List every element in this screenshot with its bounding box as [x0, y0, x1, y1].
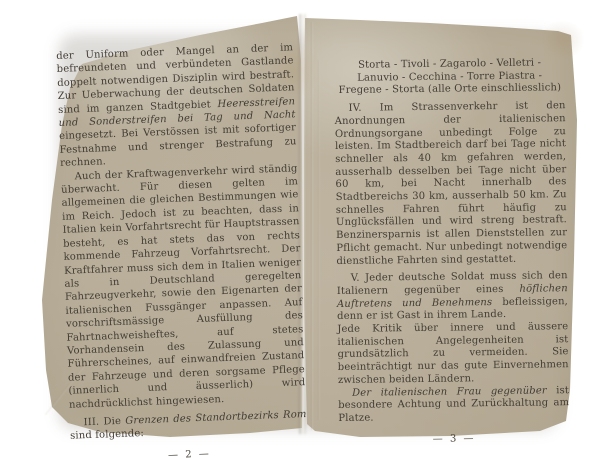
body-text: Jede Kritik über innere und äussere ital…	[337, 321, 569, 386]
body-text: IV. Im Strassenverkehr ist den Anordnung…	[335, 100, 568, 266]
paragraph: Fregene - Storta (alle Orte einschliessl…	[334, 83, 565, 99]
body-text: Storta - Tivoli - Zagarolo - Velletri -	[358, 57, 541, 70]
emphasized-text: Der italienischen Frau gegenüber	[352, 385, 547, 398]
paragraph: III. Die Grenzen des Standortbezirks Rom…	[69, 408, 307, 443]
paragraph: Auch der Kraftwagenverkehr wird ständig …	[60, 162, 306, 412]
page-3-text: Storta - Tivoli - Zagarolo - Velletri -L…	[334, 57, 570, 447]
body-text: Fregene - Storta (alle Orte einschliessl…	[339, 83, 562, 97]
fold-crease	[318, 60, 320, 420]
page-3-number: — 3 —	[339, 432, 570, 448]
page-2-number: — 2 —	[71, 444, 308, 458]
photo-canvas: der Uniform oder Mangel an der im befreu…	[0, 0, 600, 458]
page-2-text: der Uniform oder Mangel an der im befreu…	[56, 41, 308, 458]
paragraph: IV. Im Strassenverkehr ist den Anordnung…	[335, 100, 568, 268]
fold-crease	[311, 22, 313, 430]
paragraph: V. Jeder deutsche Soldat muss sich den I…	[337, 270, 569, 324]
emphasized-text: Grenzen des Standortbezirks Rom	[125, 409, 307, 427]
paragraph: der Uniform oder Mangel an der im befreu…	[56, 41, 297, 170]
body-text: Lanuvio - Cecchina - Torre Piastra -	[357, 70, 542, 83]
paragraph: Jede Kritik über innere und äussere ital…	[337, 321, 569, 387]
body-text: III. Die	[83, 416, 125, 429]
body-text: sind folgende:	[70, 428, 144, 442]
body-text: Auch der Kraftwagenverkehr wird ständig …	[61, 163, 306, 410]
paragraph: Der italienischen Frau gegenüber ist bes…	[338, 385, 569, 426]
